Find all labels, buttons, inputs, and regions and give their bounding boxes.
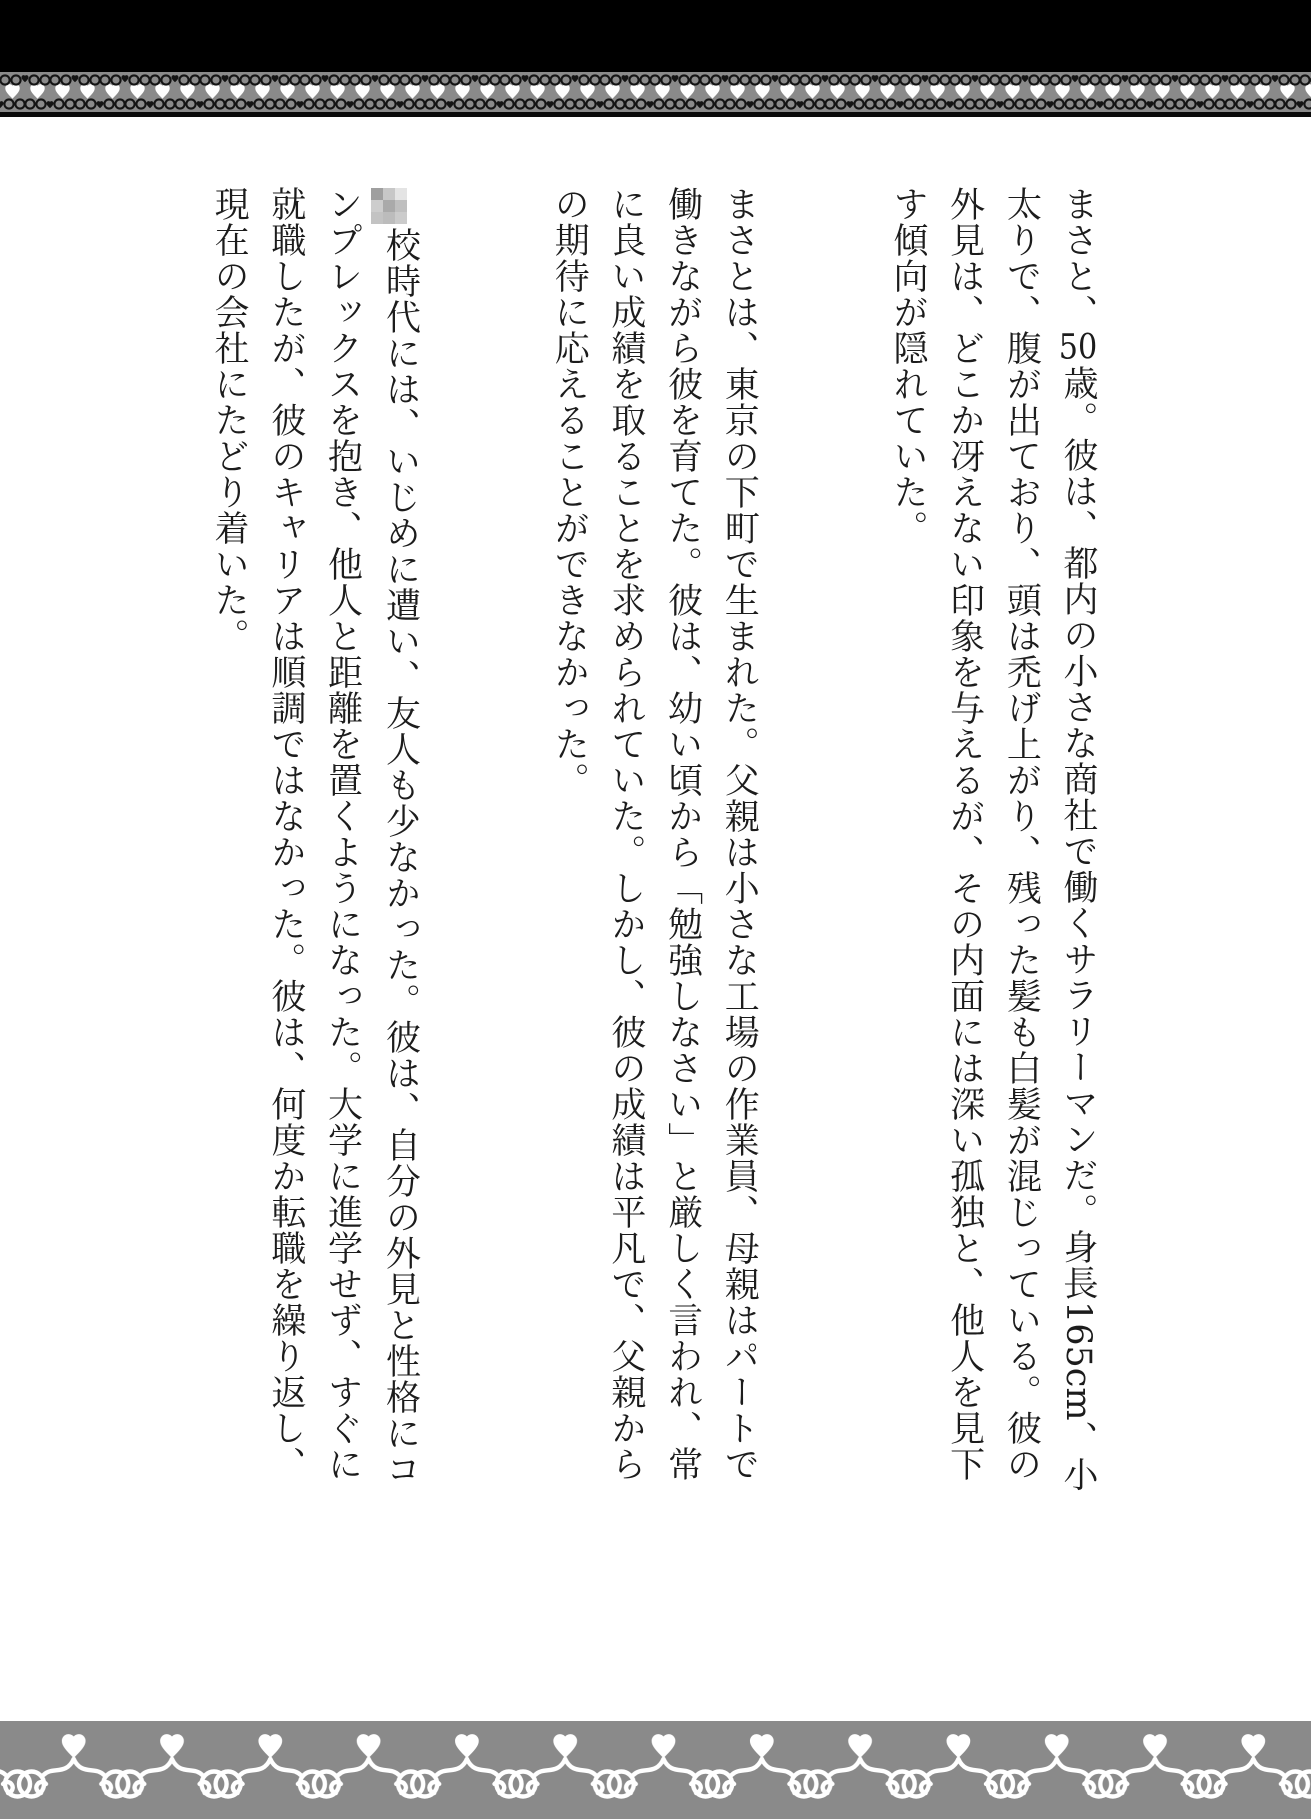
story-text-segment: 165cm	[1058, 1301, 1098, 1421]
top-ornament-border	[0, 72, 1311, 112]
paragraph-1: まさと、50歳。彼は、都内の小さな商社で働くサラリーマンだ。身長165cm、小太…	[879, 186, 1106, 1506]
top-divider-rule	[0, 112, 1311, 117]
story-text: まさと、50歳。彼は、都内の小さな商社で働くサラリーマンだ。身長165cm、小太…	[200, 186, 1106, 1506]
story-text-segment: 校時代には、いじめに遭い、友人も少なかった。彼は、自分の外見と性格にコンプレック…	[209, 186, 420, 1487]
story-text-segment: 歳。彼は、都内の小さな商社で働くサラリーマンだ。身長	[1058, 365, 1098, 1301]
story-text-segment: まさと、	[1058, 186, 1098, 330]
paragraph-3: 校時代には、いじめに遭い、友人も少なかった。彼は、自分の外見と性格にコンプレック…	[200, 186, 428, 1506]
paragraph-2: まさとは、東京の下町で生まれた。父親は小さな工場の作業員、母親はパートで働きなが…	[541, 186, 768, 1506]
novel-page: まさと、50歳。彼は、都内の小さな商社で働くサラリーマンだ。身長165cm、小太…	[0, 0, 1311, 1819]
story-text-segment: 50	[1058, 330, 1098, 365]
top-black-band	[0, 0, 1311, 72]
heart-scroll-ribbon-icon	[0, 72, 1311, 112]
censor-mosaic	[371, 188, 407, 224]
bottom-ornament-border	[0, 1721, 1311, 1819]
story-text-segment: まさとは、東京の下町で生まれた。父親は小さな工場の作業員、母親はパートで働きなが…	[549, 186, 759, 1482]
heart-flourish-band-icon	[0, 1721, 1311, 1819]
